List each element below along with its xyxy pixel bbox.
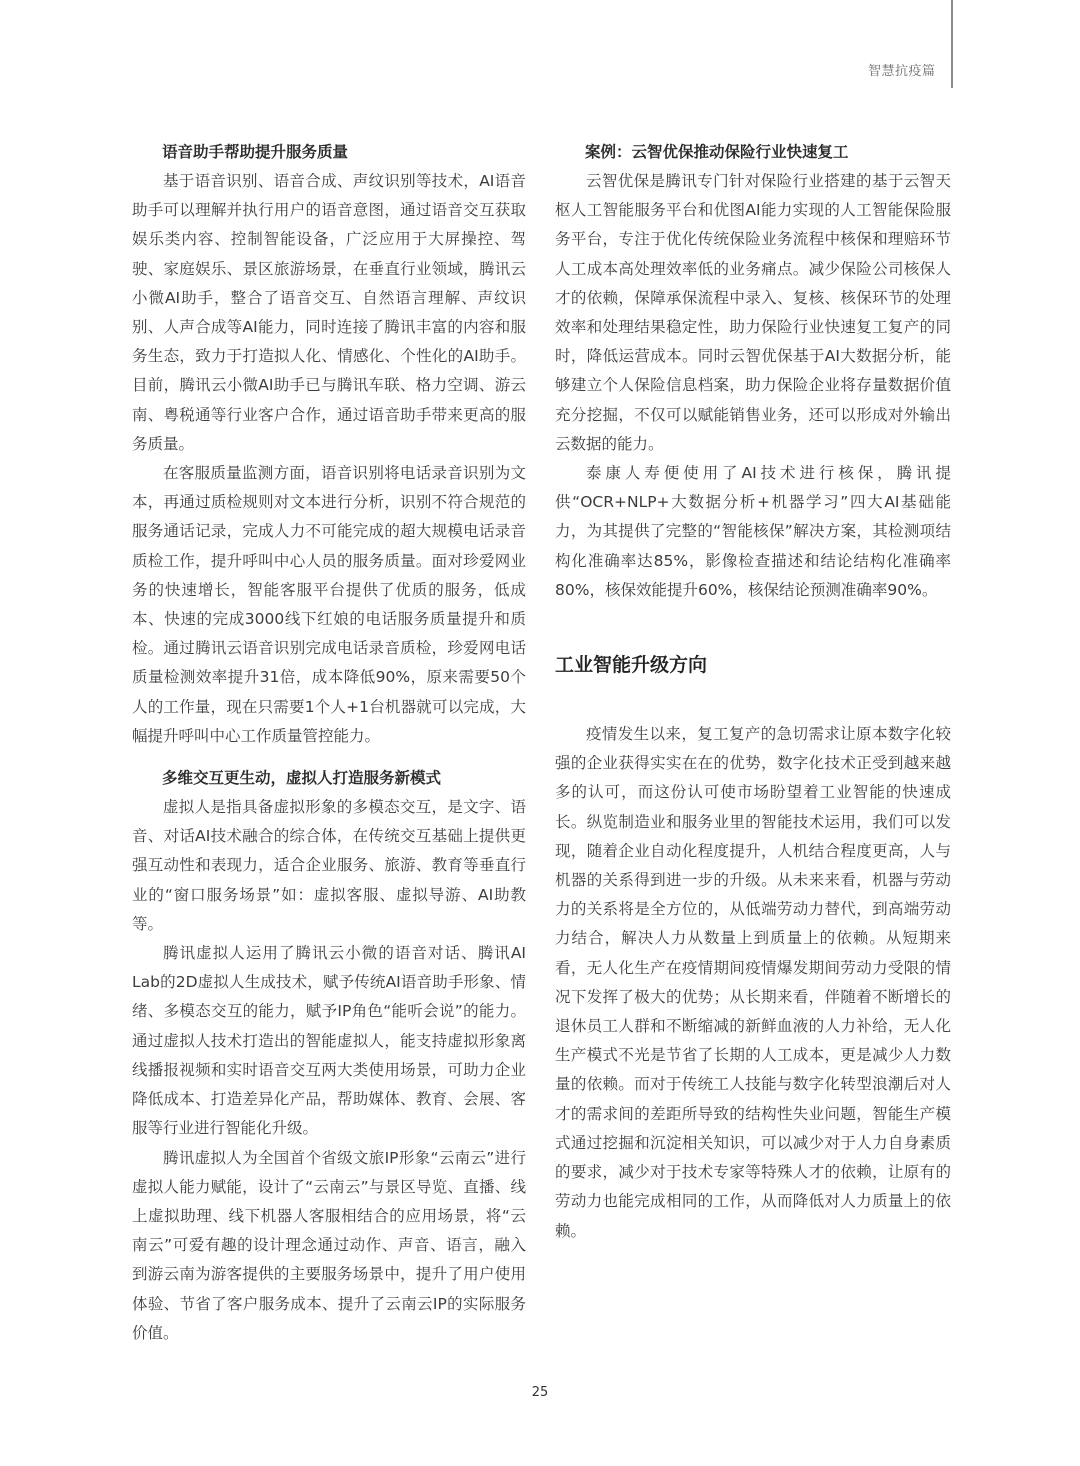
- paragraph: 疫情发生以来，复工复产的急切需求让原本数字化较强的企业获得实实在在的优势，数字化…: [555, 720, 951, 1246]
- paragraph: 虚拟人是指具备虚拟形象的多模态交互，是文字、语音、对话AI技术融合的综合体，在传…: [132, 793, 526, 939]
- paragraph: 基于语音识别、语音合成、声纹识别等技术，AI语音助手可以理解并执行用户的语音意图…: [132, 167, 526, 459]
- case-study-heading: 案例：云智优保推动保险行业快速复工: [555, 138, 951, 167]
- subsection-heading-virtual-human: 多维交互更生动，虚拟人打造服务新模式: [132, 764, 526, 793]
- section-heading-industrial-ai: 工业智能升级方向: [555, 650, 951, 680]
- subsection-heading-voice-assistant: 语音助手帮助提升服务质量: [132, 138, 526, 167]
- paragraph: 在客服质量监测方面，语音识别将电话录音识别为文本，再通过质检规则对文本进行分析，…: [132, 459, 526, 751]
- paragraph: 泰康人寿便使用了AI技术进行核保，腾讯提供“OCR+NLP+大数据分析+机器学习…: [555, 459, 951, 605]
- header-divider-line: [951, 0, 953, 88]
- paragraph: 腾讯虚拟人运用了腾讯云小微的语音对话、腾讯AI Lab的2D虚拟人生成技术，赋予…: [132, 939, 526, 1143]
- paragraph: 腾讯虚拟人为全国首个省级文旅IP形象“云南云”进行虚拟人能力赋能，设计了“云南云…: [132, 1144, 526, 1348]
- section-label: 智慧抗疫篇: [868, 60, 936, 79]
- left-column: 语音助手帮助提升服务质量 基于语音识别、语音合成、声纹识别等技术，AI语音助手可…: [132, 138, 526, 1348]
- right-column: 案例：云智优保推动保险行业快速复工 云智优保是腾讯专门针对保险行业搭建的基于云智…: [555, 138, 951, 1246]
- page-number: 25: [0, 1385, 1080, 1400]
- paragraph: 云智优保是腾讯专门针对保险行业搭建的基于云智天枢人工智能服务平台和优图AI能力实…: [555, 167, 951, 459]
